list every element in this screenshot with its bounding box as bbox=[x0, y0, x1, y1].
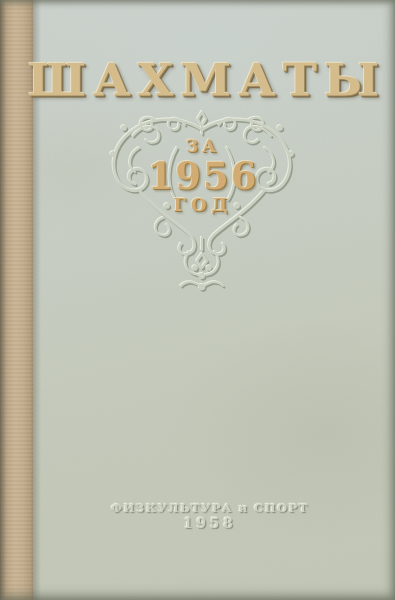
book-title: ШАХМАТЫ bbox=[28, 57, 386, 102]
subtitle-suffix: ГОД bbox=[11, 197, 395, 215]
subtitle-year: 1956 bbox=[11, 158, 395, 195]
book-cover-photo: ШАХМАТЫ bbox=[0, 0, 395, 600]
imprint-year: 1958 bbox=[25, 518, 395, 532]
publisher-line: ФИЗКУЛЬТУРА и СПОРТ bbox=[25, 503, 395, 515]
